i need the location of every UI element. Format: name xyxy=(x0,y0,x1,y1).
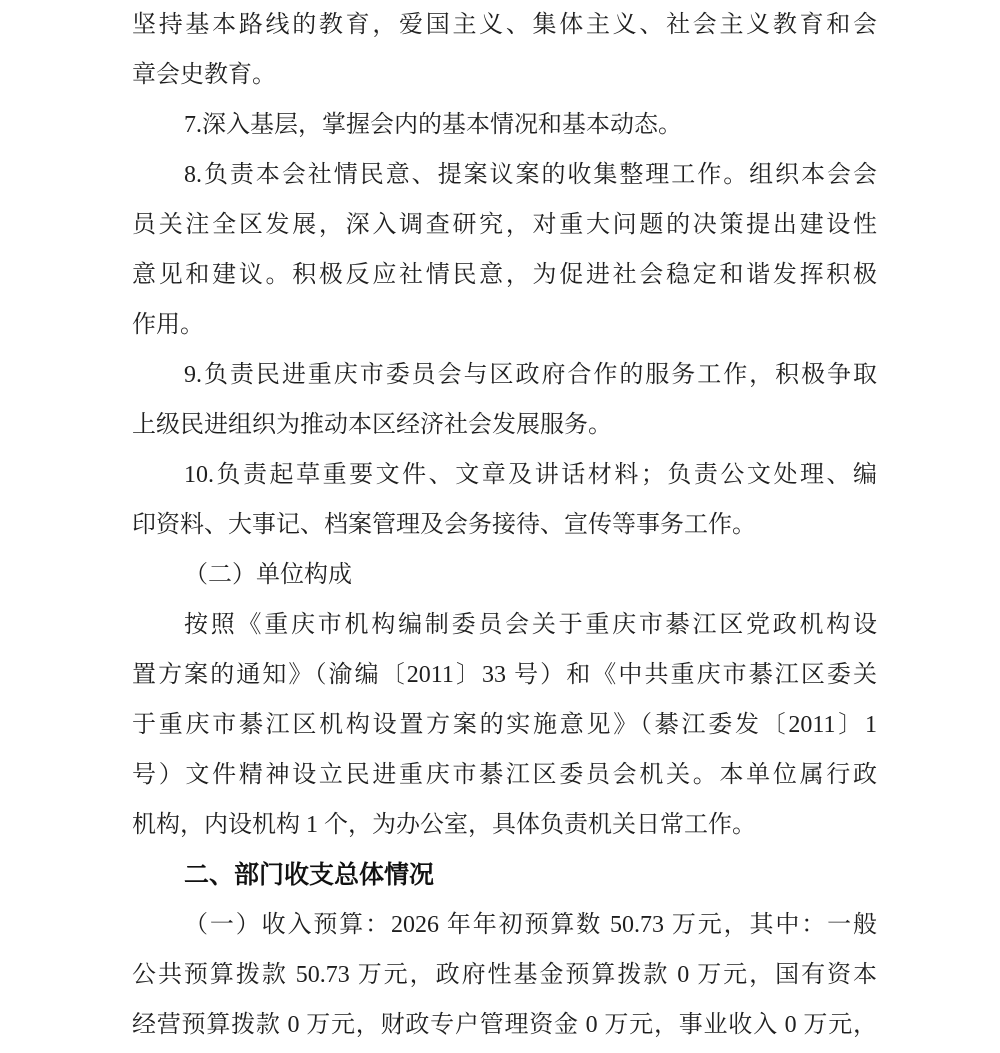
text-line: 印资料、大事记、档案管理及会务接待、宣传等事务工作。 xyxy=(132,500,877,550)
text-line: 置方案的通知》（渝编〔2011〕33 号）和《中共重庆市綦江区委关 xyxy=(132,650,877,700)
text-line: 意见和建议。积极反应社情民意，为促进社会稳定和谐发挥积极 xyxy=(132,250,877,300)
document-text-block: 坚持基本路线的教育，爱国主义、集体主义、社会主义教育和会 章会史教育。 7.深入… xyxy=(132,0,877,1050)
text-line: 号）文件精神设立民进重庆市綦江区委员会机关。本单位属行政 xyxy=(132,750,877,800)
text-line: 于重庆市綦江区机构设置方案的实施意见》（綦江委发〔2011〕1 xyxy=(132,700,877,750)
subsection-heading-unit-composition: （二）单位构成 xyxy=(132,550,877,600)
text-line: 作用。 xyxy=(132,300,877,350)
list-item-10: 10.负责起草重要文件、文章及讲话材料；负责公文处理、编 xyxy=(132,450,877,500)
document-page: 坚持基本路线的教育，爱国主义、集体主义、社会主义教育和会 章会史教育。 7.深入… xyxy=(0,0,1000,1053)
section-heading-budget-overview: 二、部门收支总体情况 xyxy=(132,850,877,900)
list-item-7: 7.深入基层，掌握会内的基本情况和基本动态。 xyxy=(132,100,877,150)
text-line: 按照《重庆市机构编制委员会关于重庆市綦江区党政机构设 xyxy=(132,600,877,650)
text-line: 公共预算拨款 50.73 万元，政府性基金预算拨款 0 万元，国有资本 xyxy=(132,950,877,1000)
list-item-8: 8.负责本会社情民意、提案议案的收集整理工作。组织本会会 xyxy=(132,150,877,200)
text-line: 经营预算拨款 0 万元，财政专户管理资金 0 万元，事业收入 0 万元， xyxy=(132,1000,877,1050)
text-line: 上级民进组织为推动本区经济社会发展服务。 xyxy=(132,400,877,450)
list-item-9: 9.负责民进重庆市委员会与区政府合作的服务工作，积极争取 xyxy=(132,350,877,400)
text-line: 章会史教育。 xyxy=(132,50,877,100)
text-line: 机构，内设机构 1 个，为办公室，具体负责机关日常工作。 xyxy=(132,800,877,850)
subsection-income-budget: （一）收入预算：2026 年年初预算数 50.73 万元，其中：一般 xyxy=(132,900,877,950)
text-line: 员关注全区发展，深入调查研究，对重大问题的决策提出建设性 xyxy=(132,200,877,250)
text-line: 坚持基本路线的教育，爱国主义、集体主义、社会主义教育和会 xyxy=(132,0,877,50)
